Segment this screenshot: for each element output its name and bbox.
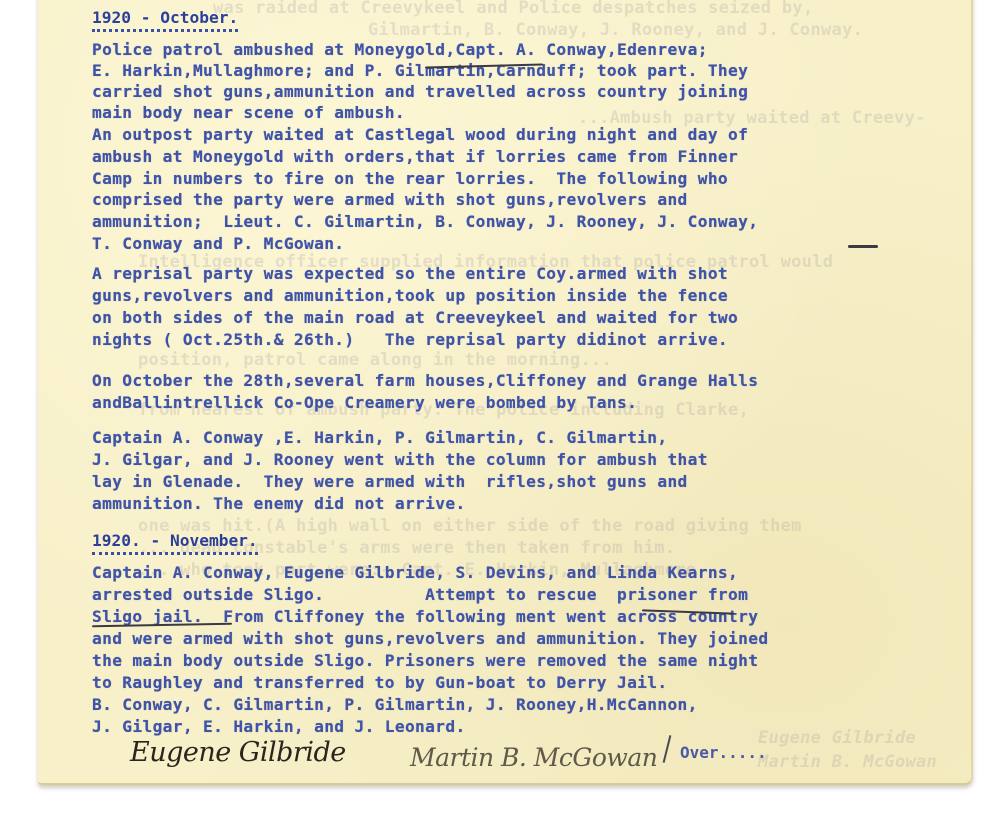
text-line: comprised the party were armed with shot…	[92, 190, 688, 209]
text-line: andBallintrellick Co-Ope Creamery were b…	[92, 393, 637, 412]
text-line: Captain A. Conway, Eugene Gilbride, S. D…	[92, 563, 738, 582]
text-line: and were armed with shot guns,revolvers …	[92, 629, 768, 648]
bleed-line: Martin B. McGowan	[758, 752, 937, 772]
text-line: to Raughley and transferred to by Gun-bo…	[92, 673, 667, 692]
text-line: nights ( Oct.25th.& 26th.) The reprisal …	[92, 330, 728, 349]
section-heading-november: 1920. - November.	[92, 531, 258, 555]
text-line: ambush at Moneygold with orders,that if …	[92, 147, 738, 166]
text-line: ammunition; Lieut. C. Gilmartin, B. Conw…	[92, 212, 758, 231]
text-line: An outpost party waited at Castlegal woo…	[92, 125, 748, 144]
bleed-line: was raided at Creevykeel and Police desp…	[213, 0, 814, 18]
text-line: arrested outside Sligo. Attempt to rescu…	[92, 585, 748, 604]
bleed-line: Eugene Gilbride	[758, 728, 916, 748]
text-line: T. Conway and P. McGowan.	[92, 234, 344, 253]
section-heading-october: 1920 - October.	[92, 8, 238, 32]
text-line: guns,revolvers and ammunition,took up po…	[92, 286, 728, 305]
text-line: the main body outside Sligo. Prisoners w…	[92, 651, 758, 670]
text-line: main body near scene of ambush.	[92, 103, 405, 122]
text-line: on both sides of the main road at Creeve…	[92, 308, 738, 327]
bleed-line: position, patrol came along in the morni…	[138, 350, 612, 370]
text-line: J. Gilgar, E. Harkin, and J. Leonard.	[92, 717, 466, 736]
pen-dash-mark	[848, 245, 878, 248]
over-note: Over.....	[680, 743, 767, 762]
text-line: carried shot guns,ammunition and travell…	[92, 82, 748, 101]
text-line: J. Gilgar, and J. Rooney went with the c…	[92, 450, 708, 469]
text-line: On October the 28th,several farm houses,…	[92, 371, 758, 390]
text-line: Police patrol ambushed at Moneygold,Capt…	[92, 40, 708, 59]
text-line: E. Harkin,Mullaghmore; and P. Gilmartin,…	[92, 61, 748, 80]
text-line: lay in Glenade. They were armed with rif…	[92, 472, 688, 491]
text-line: B. Conway, C. Gilmartin, P. Gilmartin, J…	[92, 695, 698, 714]
text-line: Camp in numbers to fire on the rear lorr…	[92, 169, 728, 188]
signature-eugene-gilbride: Eugene Gilbride	[130, 737, 346, 768]
text-line: A reprisal party was expected so the ent…	[92, 264, 728, 283]
text-line: Captain A. Conway ,E. Harkin, P. Gilmart…	[92, 428, 667, 447]
text-line: ammunition. The enemy did not arrive.	[92, 494, 466, 513]
signature-martin-mcgowan: Martin B. McGowan	[410, 743, 657, 772]
bleed-line: Gilmartin, B. Conway, J. Rooney, and J. …	[368, 20, 863, 40]
